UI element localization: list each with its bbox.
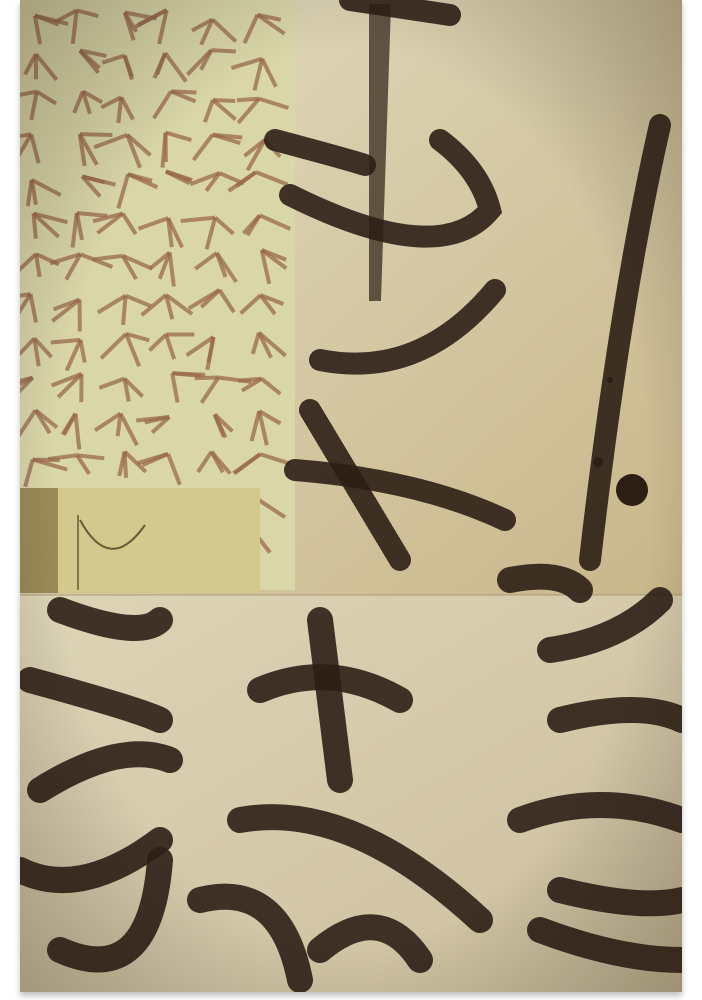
artwork-canvas (20, 0, 682, 992)
calligraphy-collage-artwork (20, 0, 682, 992)
